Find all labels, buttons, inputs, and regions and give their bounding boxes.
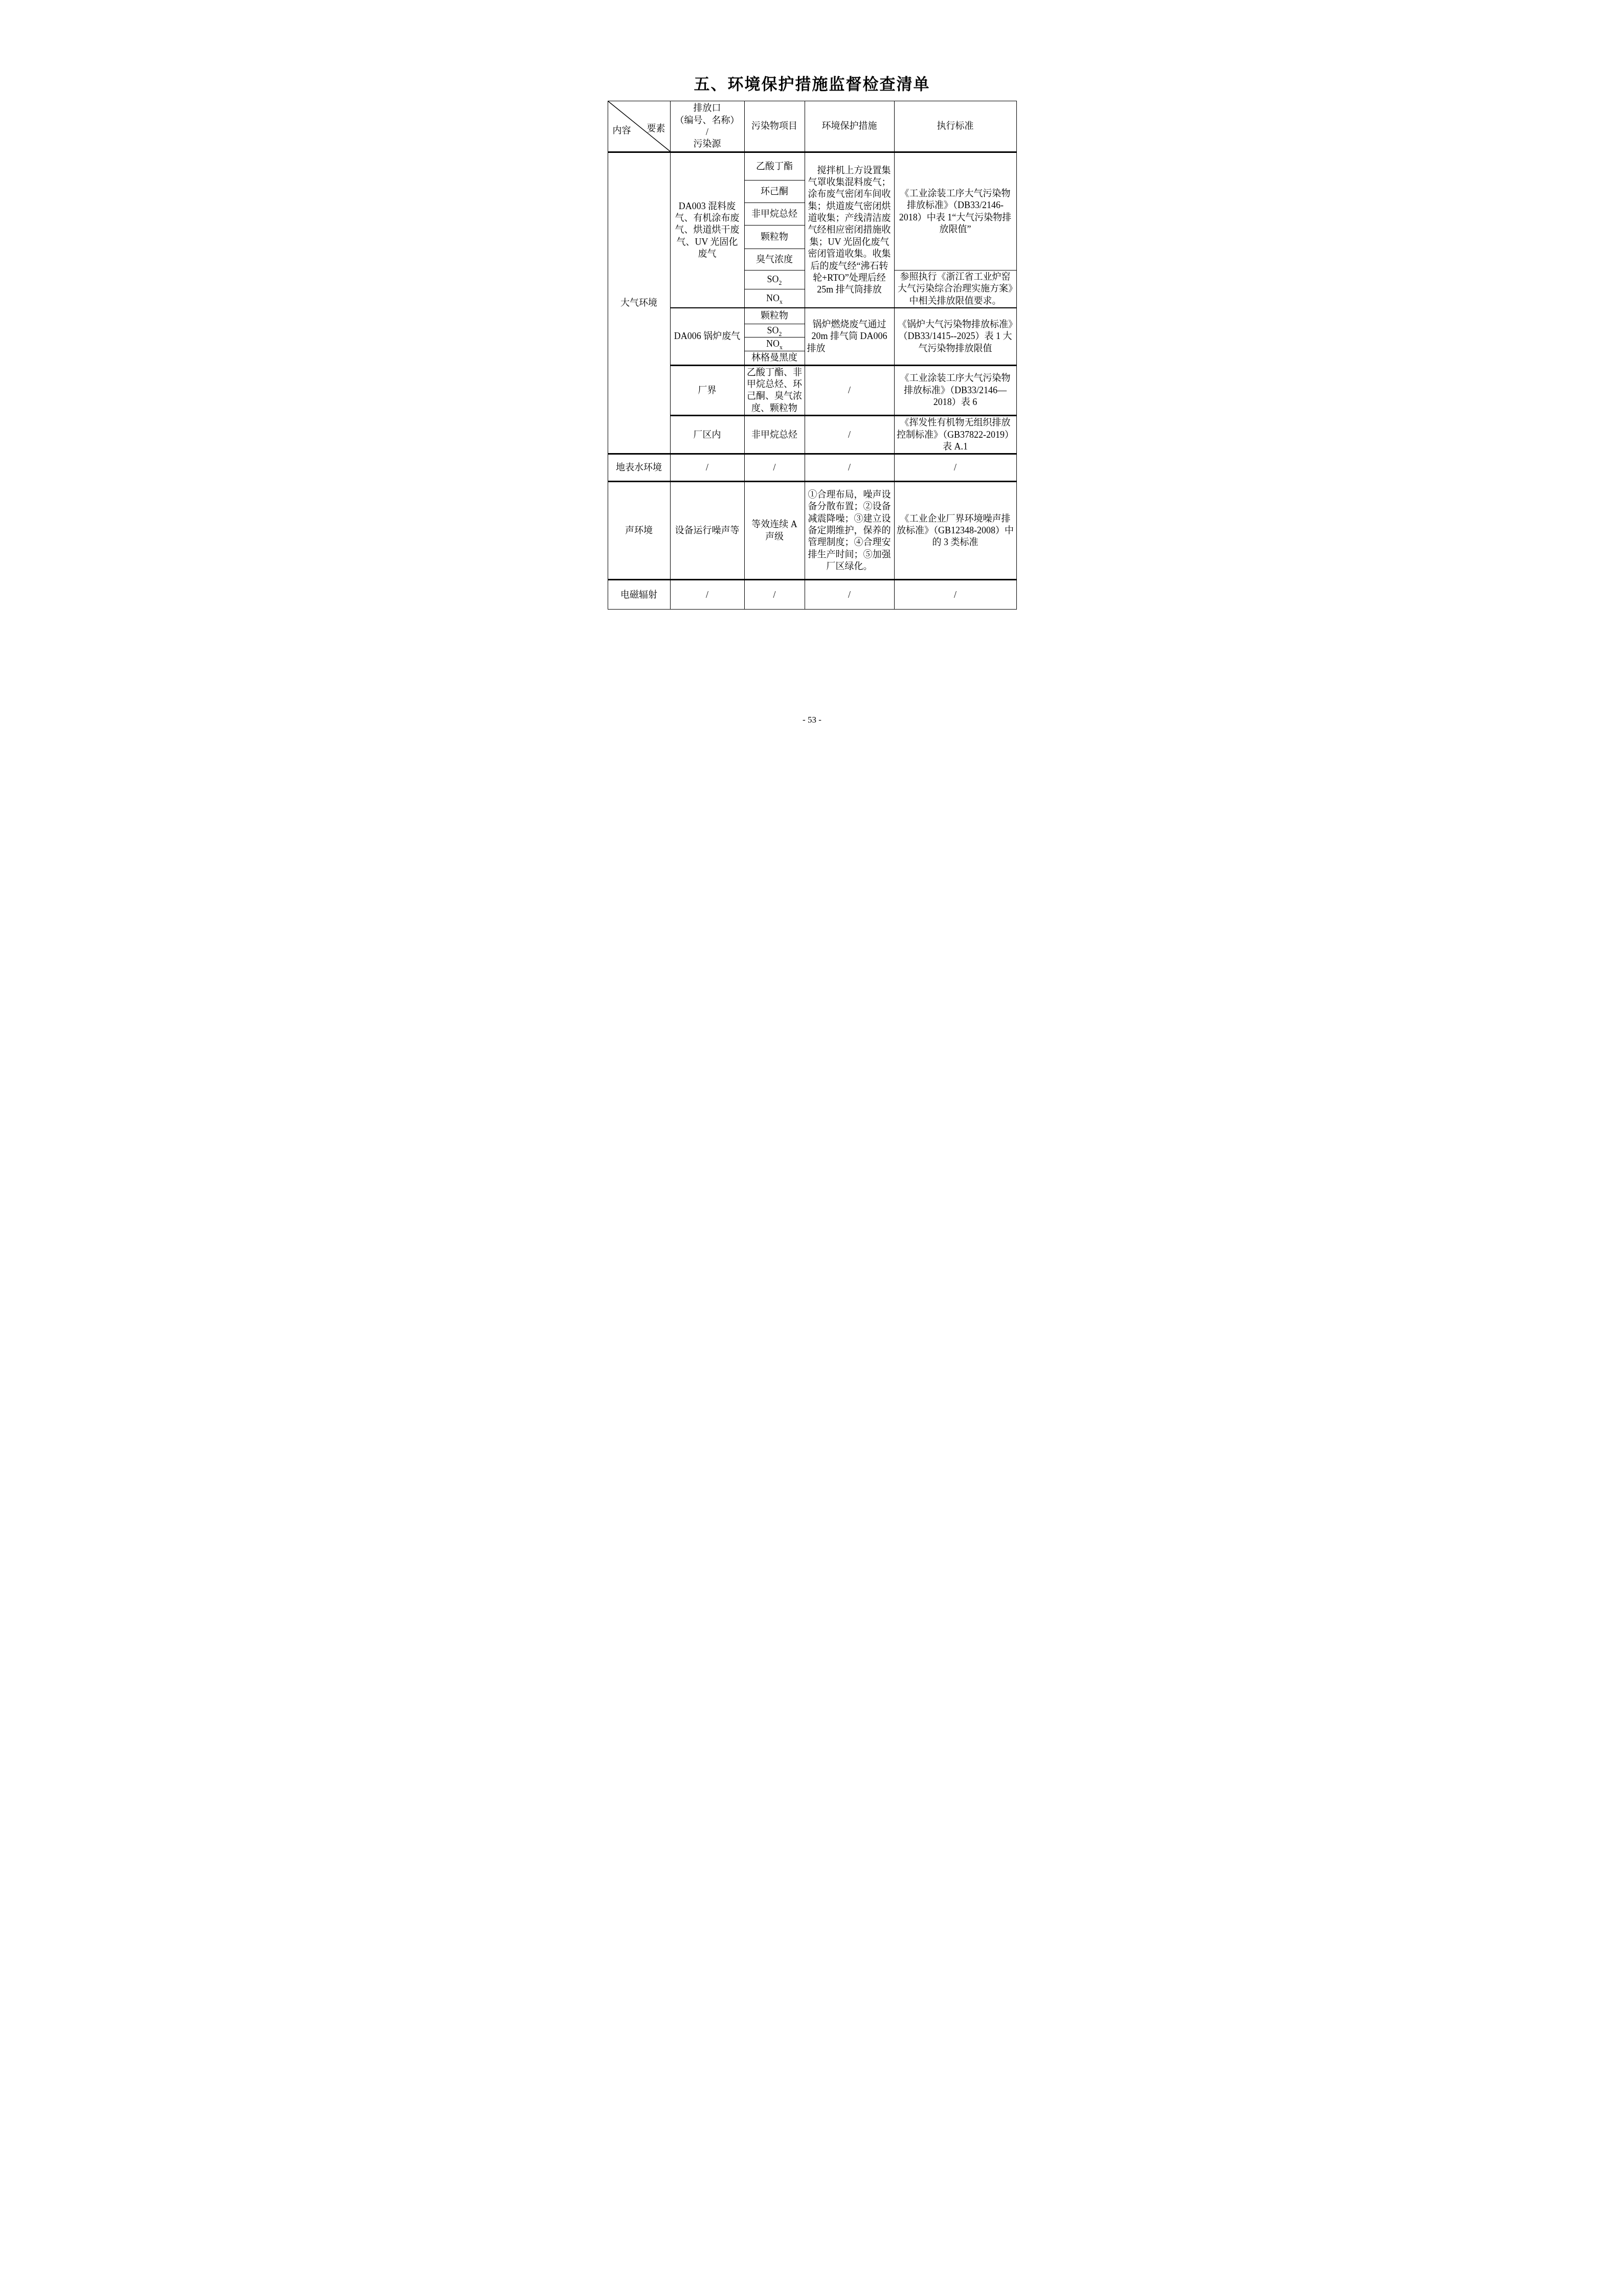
cell-noise-label: 声环境 xyxy=(608,482,670,580)
header-outlet-line: （编号、名称） xyxy=(673,115,742,126)
cell-da003-pollutant-so2: SO2 xyxy=(744,271,805,289)
chem-so2: SO xyxy=(767,274,779,284)
cell-boundary-pollutants: 乙酸丁酯、非甲烷总烃、环己酮、臭气浓度、颗粒物 xyxy=(744,365,805,416)
chem-nox-sub: x xyxy=(780,298,783,305)
cell-noise-measures: ①合理布局，噪声设备分散布置；②设备减震降噪；③建立设备定期维护，保养的管理制度… xyxy=(805,482,894,580)
cell-water-pollutant-slash: / xyxy=(744,454,805,482)
header-executive-standard: 执行标准 xyxy=(894,101,1016,152)
cell-da003-source: DA003 混料废气、有机涂布废气、烘道烘干废气、UV 光固化废气 xyxy=(670,152,744,308)
cell-boundary-source: 厂界 xyxy=(670,365,744,416)
cell-noise-source: 设备运行噪声等 xyxy=(670,482,744,580)
cell-air-environment-label: 大气环境 xyxy=(608,152,670,454)
cell-da006-measures: 锅炉燃烧废气通过 20m 排气筒 DA006 排放 xyxy=(805,308,894,365)
cell-da006-pollutant-nox: NOx xyxy=(744,337,805,351)
cell-da003-pollutant-odor: 臭气浓度 xyxy=(744,249,805,271)
chem-nox: NO xyxy=(766,293,780,303)
chem-so2: SO xyxy=(767,325,779,335)
cell-da003-standard: 《工业涂装工序大气污染物排放标准》（DB33/2146-2018）中表 1“大气… xyxy=(894,152,1016,271)
cell-emf-label: 电磁辐射 xyxy=(608,580,670,610)
cell-water-label: 地表水环境 xyxy=(608,454,670,482)
cell-water-source-slash: / xyxy=(670,454,744,482)
chem-nox: NO xyxy=(766,339,780,349)
cell-da006-standard: 《锅炉大气污染物排放标准》（DB33/1415--2025）表 1 大气污染物排… xyxy=(894,308,1016,365)
header-content-label: 内容 xyxy=(613,125,631,137)
cell-da003-measures: 搅拌机上方设置集气罩收集混料废气；涂布废气密闭车间收集；烘道废气密闭烘道收集；产… xyxy=(805,152,894,308)
header-protection-measures: 环境保护措施 xyxy=(805,101,894,152)
document-page: 五、环境保护措施监督检查清单 内容 要素 排放口 （编号、名称） / 污染源 xyxy=(542,0,1083,766)
cell-boundary-measures: / xyxy=(805,365,894,416)
chem-nox-sub: x xyxy=(780,344,783,351)
cell-inside-measures: / xyxy=(805,416,894,454)
cell-da006-source: DA006 锅炉废气 xyxy=(670,308,744,365)
page-title: 五、环境保护措施监督检查清单 xyxy=(542,0,1083,93)
cell-da006-pollutant-pm: 颗粒物 xyxy=(744,308,805,324)
header-outlet-line: 污染源 xyxy=(673,138,742,150)
chem-so2-sub: 2 xyxy=(779,280,782,286)
cell-inside-pollutant: 非甲烷总烃 xyxy=(744,416,805,454)
cell-noise-pollutant: 等效连续 A 声级 xyxy=(744,482,805,580)
cell-emf-pollutant-slash: / xyxy=(744,580,805,610)
cell-da006-pollutant-so2: SO2 xyxy=(744,324,805,337)
cell-da003-pollutant-nmhc: 非甲烷总烃 xyxy=(744,203,805,226)
header-factor-label: 要素 xyxy=(647,123,665,134)
diagonal-header-cell: 内容 要素 xyxy=(608,101,670,152)
cell-boundary-standard: 《工业涂装工序大气污染物排放标准》（DB33/2146—2018）表 6 xyxy=(894,365,1016,416)
cell-water-measures-slash: / xyxy=(805,454,894,482)
cell-inside-standard: 《挥发性有机物无组织排放控制标准》（GB37822-2019）表 A.1 xyxy=(894,416,1016,454)
cell-noise-standard: 《工业企业厂界环境噪声排放标准》（GB12348-2008）中的 3 类标准 xyxy=(894,482,1016,580)
cell-da003-pollutant-cyclohexanone: 环己酮 xyxy=(744,181,805,203)
cell-da003-pollutant-pm: 颗粒物 xyxy=(744,226,805,249)
cell-da003-pollutant-nox: NOx xyxy=(744,289,805,308)
header-outlet-line: 排放口 xyxy=(673,102,742,114)
cell-water-standard-slash: / xyxy=(894,454,1016,482)
cell-inside-source: 厂区内 xyxy=(670,416,744,454)
chem-so2-sub: 2 xyxy=(779,330,782,337)
inspection-checklist-table: 内容 要素 排放口 （编号、名称） / 污染源 污染物项目 环境保护措施 执行标… xyxy=(608,101,1017,610)
cell-da006-pollutant-ringelmann: 林格曼黑度 xyxy=(744,351,805,365)
cell-da003-pollutant-butyl-acetate: 乙酸丁酯 xyxy=(744,152,805,181)
header-pollutant-items: 污染物项目 xyxy=(744,101,805,152)
cell-emf-source-slash: / xyxy=(670,580,744,610)
cell-da003-standard-ref: 参照执行《浙江省工业炉窑大气污染综合治理实施方案》中相关排放限值要求。 xyxy=(894,271,1016,308)
header-outlet-line: / xyxy=(673,126,742,138)
cell-emf-measures-slash: / xyxy=(805,580,894,610)
page-number: - 53 - xyxy=(542,715,1083,725)
cell-emf-standard-slash: / xyxy=(894,580,1016,610)
header-outlet-source: 排放口 （编号、名称） / 污染源 xyxy=(670,101,744,152)
